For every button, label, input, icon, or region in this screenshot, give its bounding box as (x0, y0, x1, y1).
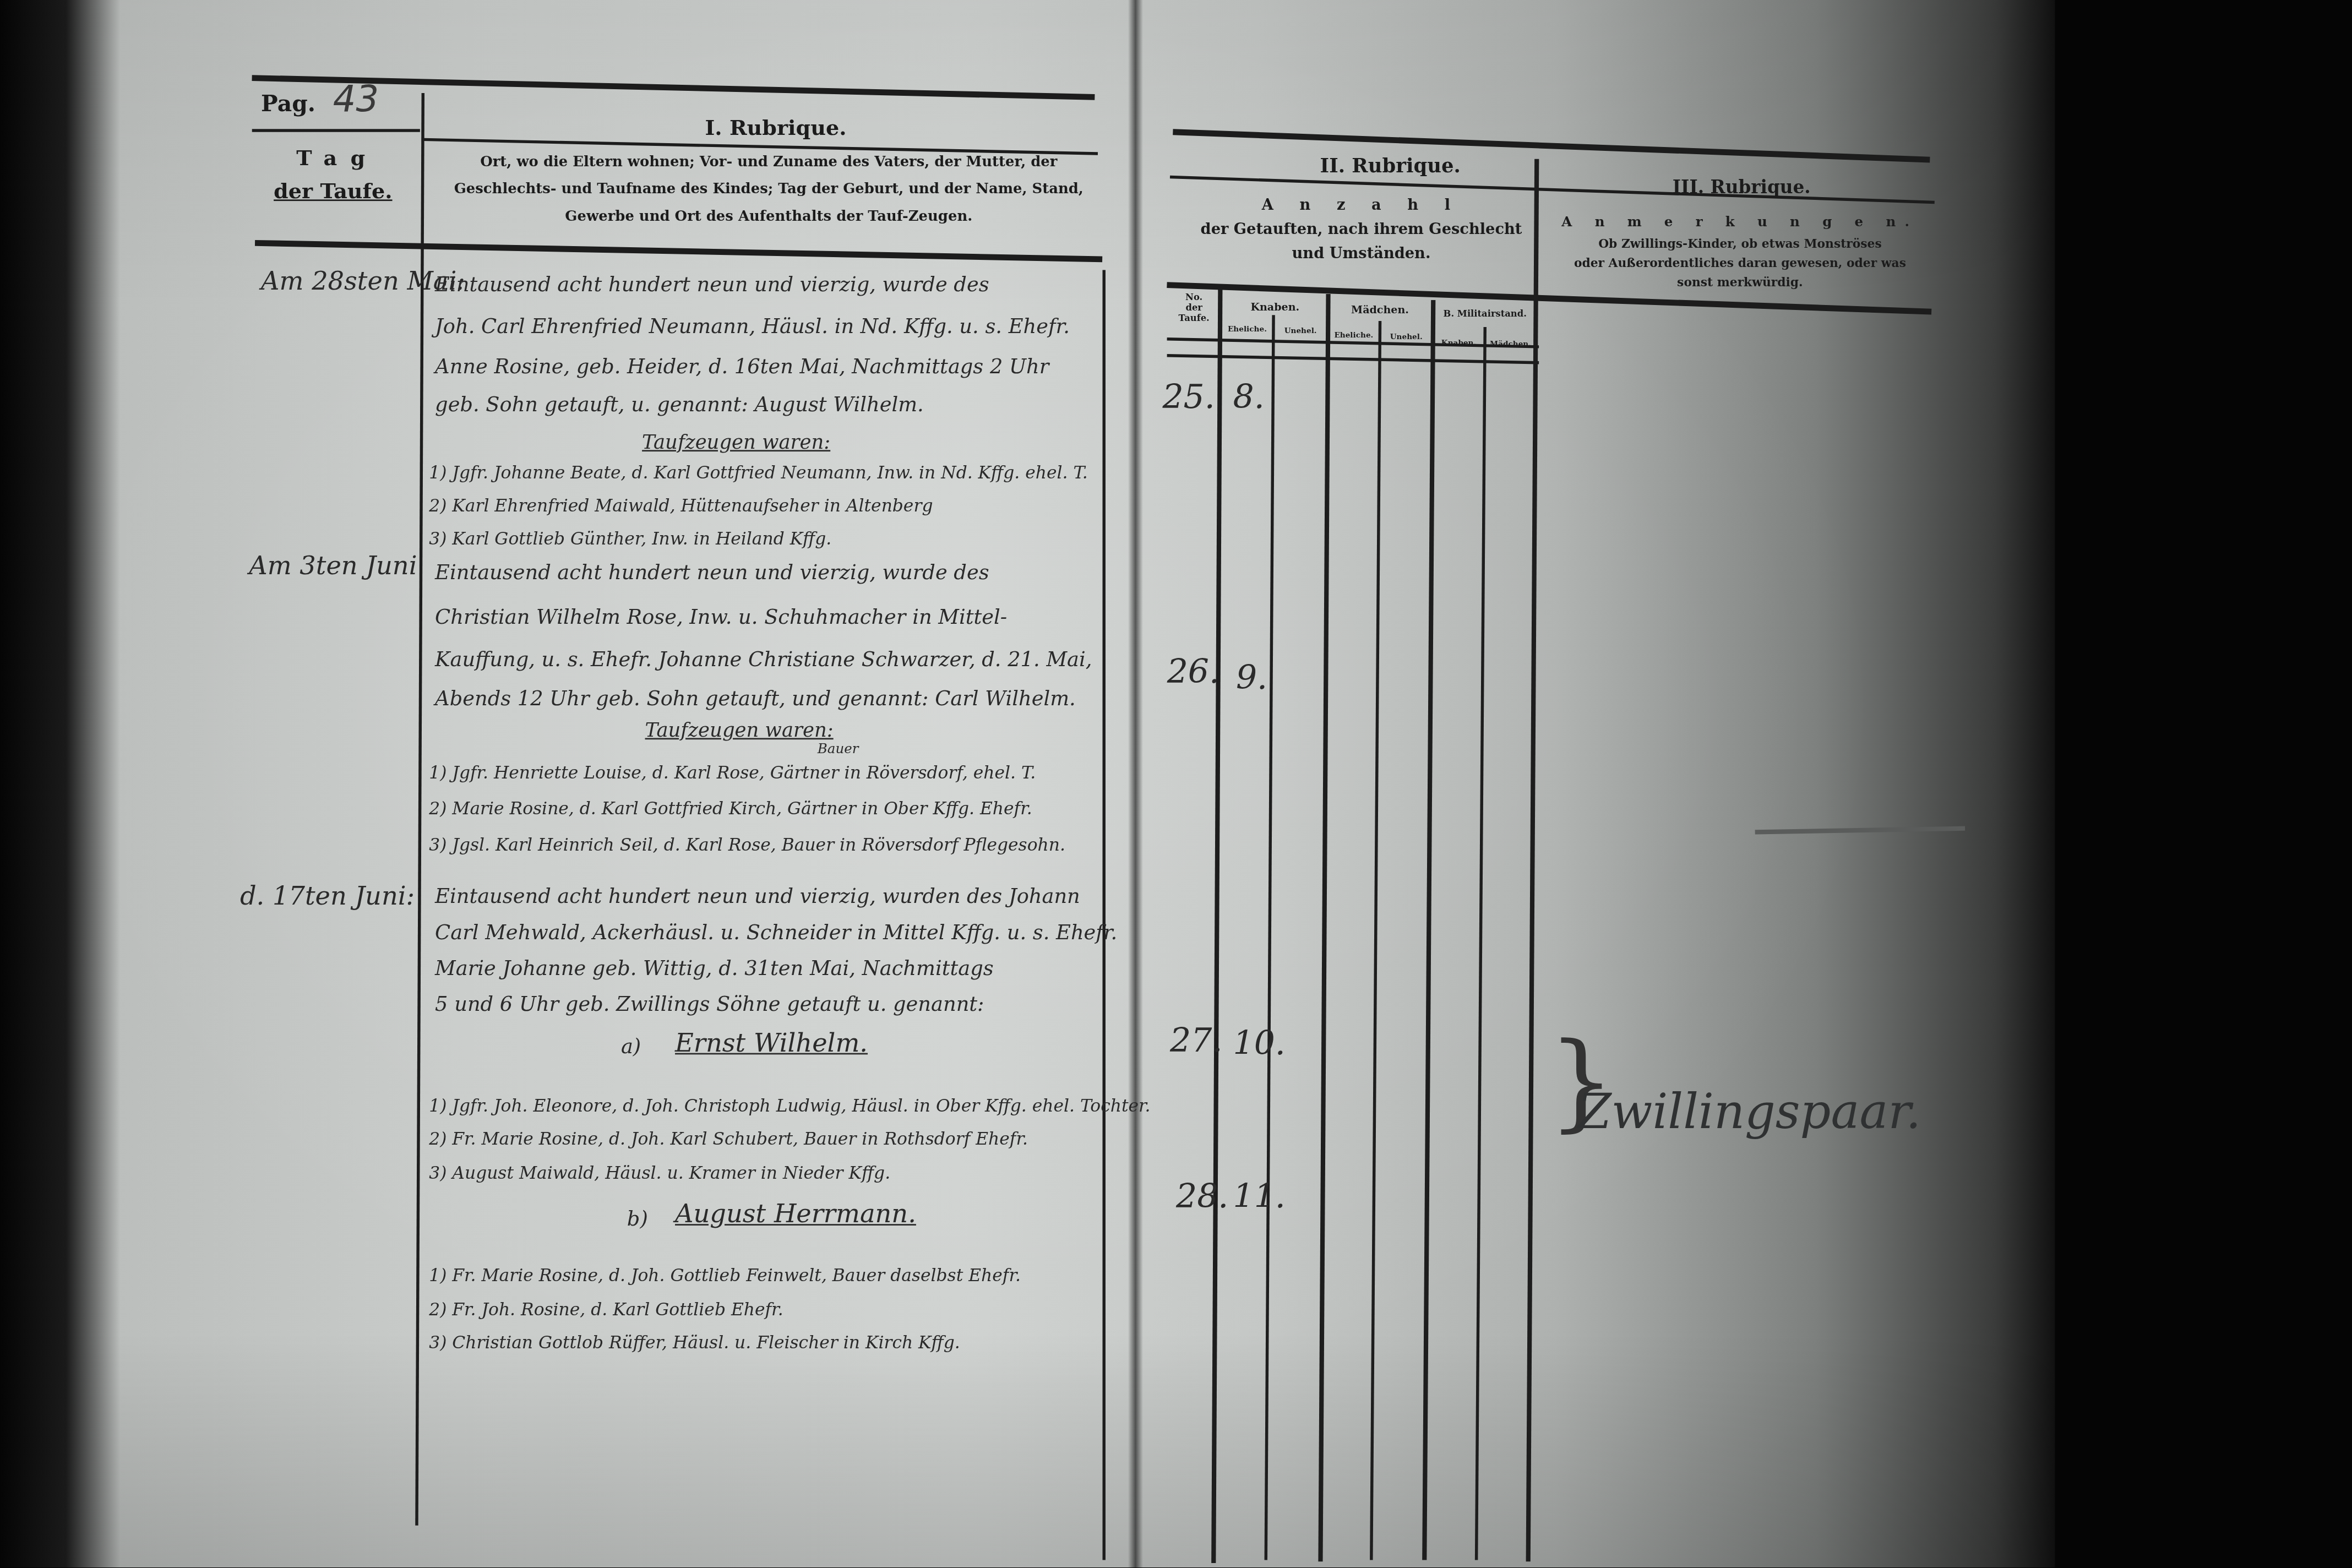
date-column-header-line2: der Taufe. (258, 180, 408, 204)
entry1-no: 25. (1162, 379, 1215, 417)
date-column-header-line1: Tag (270, 147, 405, 171)
col-subheader-6: Mädchen. (1487, 340, 1534, 351)
twin-b-witness3: 3) Christian Gottlob Rüffer, Häusl. u. F… (429, 1332, 960, 1353)
col-header-militaer: B. Militairstand. (1433, 309, 1538, 319)
entry3-line4: 5 und 6 Uhr geb. Zwillings Söhne getauft… (435, 993, 984, 1017)
twin-a-label: a) (621, 1035, 641, 1059)
entry1-line3: Anne Rosine, geb. Heider, d. 16ten Mai, … (435, 356, 1049, 380)
twin-b-witness1: 1) Fr. Marie Rosine, d. Joh. Gottlieb Fe… (429, 1265, 1021, 1286)
entry2-witness3: 3) Jgsl. Karl Heinrich Seil, d. Karl Ros… (429, 834, 1065, 855)
dark-background (2055, 0, 2352, 1567)
entry3-line2: Carl Mehwald, Ackerhäusl. u. Schneider i… (435, 921, 1117, 945)
rubrique3-header-line3: oder Außerordentliches daran gewesen, od… (1560, 253, 1920, 273)
entry2-knaben-ehelich: 9. (1236, 660, 1267, 698)
col-subheader-1: Eheliche. (1221, 325, 1273, 336)
entry3-line3: Marie Johanne geb. Wittig, d. 31ten Mai,… (435, 957, 993, 981)
col-header-knaben: Knaben. (1222, 302, 1327, 312)
twin-a-witness2: 2) Fr. Marie Rosine, d. Joh. Karl Schube… (429, 1128, 1028, 1149)
twin-a-no: 27. (1170, 1023, 1222, 1060)
twin-b-name: August Herrmann. (675, 1200, 916, 1230)
twin-a-knaben-ehelich: 10. (1233, 1026, 1286, 1064)
rubrique3-header-line1: A n m e r k u n g e n. (1560, 215, 1920, 234)
rubrique3-header-line2: Ob Zwillings-Kinder, ob etwas Monströses (1560, 234, 1920, 253)
col-header-maedchen: Mädchen. (1329, 304, 1431, 315)
binding-shadow (0, 0, 120, 1567)
rubrique1-description: Ort, wo die Eltern wohnen; Vor- und Zuna… (435, 150, 1102, 231)
col-header-no-line2: der (1170, 303, 1218, 313)
rubrique2-header: A n z a h l der Getauften, nach ihrem Ge… (1200, 195, 1523, 267)
entry1-witness-header: Taufzeugen waren: (642, 432, 830, 455)
column-divider-right-edge (1103, 270, 1106, 1560)
rubrique2-header-line1: A n z a h l (1200, 195, 1523, 219)
entry2-witness-insertion: Bauer (818, 743, 859, 758)
entry1-witness1: 1) Jgfr. Johanne Beate, d. Karl Gottfrie… (429, 462, 1087, 483)
entry1-knaben-ehelich: 8. (1233, 379, 1265, 417)
rubrique2-header-line3: und Umständen. (1200, 243, 1523, 267)
rule-under-pag (252, 129, 420, 132)
rubrique2-header-line2: der Getauften, nach ihrem Geschlecht (1200, 219, 1523, 243)
entry1-line4: geb. Sohn getauft, u. genannt: August Wi… (435, 393, 924, 417)
entry2-line4: Abends 12 Uhr geb. Sohn getauft, und gen… (435, 687, 1076, 711)
twin-b-knaben-ehelich: 11. (1233, 1179, 1286, 1216)
rubrique3-header: A n m e r k u n g e n. Ob Zwillings-Kind… (1560, 215, 1920, 293)
entry2-date: Am 3ten Juni (249, 552, 417, 582)
col-subheader-4: Unehel. (1381, 333, 1431, 344)
twin-a-witness3: 3) August Maiwald, Häusl. u. Kramer in N… (429, 1162, 890, 1183)
entry1-line1: Eintausend acht hundert neun und vierzig… (435, 273, 989, 297)
entry1-witness2: 2) Karl Ehrenfried Maiwald, Hüttenaufseh… (429, 495, 933, 516)
twin-b-no: 28. (1176, 1179, 1228, 1216)
rubrique3-header-line4: sonst merkwürdig. (1560, 273, 1920, 292)
entry1-line2: Joh. Carl Ehrenfried Neumann, Häusl. in … (435, 315, 1070, 339)
rubrique3-title: III. Rubrique. (1673, 177, 1811, 198)
twin-a-witness1: 1) Jgfr. Joh. Eleonore, d. Joh. Christop… (429, 1095, 1150, 1116)
twin-b-label: b) (627, 1207, 648, 1232)
rubrique2-title: II. Rubrique. (1320, 156, 1461, 178)
entry2-witness1: 1) Jgfr. Henriette Louise, d. Karl Rose,… (429, 762, 1036, 783)
entry2-line2: Christian Wilhelm Rose, Inw. u. Schuhmac… (435, 606, 1007, 630)
twin-a-name: Ernst Wilhelm. (675, 1029, 868, 1059)
entry2-no: 26. (1167, 654, 1219, 692)
col-header-no-line1: No. (1170, 292, 1218, 303)
col-header-no: No. der Taufe. (1170, 292, 1218, 324)
col-subheader-5: Knaben. (1434, 339, 1484, 350)
document-photo: Pag. 43 I. Rubrique. Tag der Taufe. Ort,… (0, 0, 2352, 1567)
entry2-witness2: 2) Marie Rosine, d. Karl Gottfried Kirch… (429, 798, 1032, 819)
page-label: Pag. (261, 90, 315, 117)
entry3-line1: Eintausend acht hundert neun und vierzig… (435, 885, 1080, 909)
page-gutter (1128, 0, 1143, 1567)
col-header-no-line3: Taufe. (1170, 313, 1218, 324)
page-number: 43 (333, 78, 379, 120)
twins-remark: Zwillingspaar. (1578, 1083, 1921, 1140)
entry1-witness3: 3) Karl Gottlieb Günther, Inw. in Heilan… (429, 528, 831, 549)
entry2-witness-header: Taufzeugen waren: (645, 720, 834, 743)
entry3-date: d. 17ten Juni: (240, 882, 415, 912)
rubrique1-title: I. Rubrique. (705, 117, 847, 141)
twin-b-witness2: 2) Fr. Joh. Rosine, d. Karl Gottlieb Ehe… (429, 1299, 783, 1320)
entry2-line3: Kauffung, u. s. Ehefr. Johanne Christian… (435, 648, 1092, 672)
col-subheader-2: Unehel. (1275, 327, 1326, 337)
entry2-line1: Eintausend acht hundert neun und vierzig… (435, 561, 989, 585)
col-subheader-3: Eheliche. (1329, 331, 1379, 342)
